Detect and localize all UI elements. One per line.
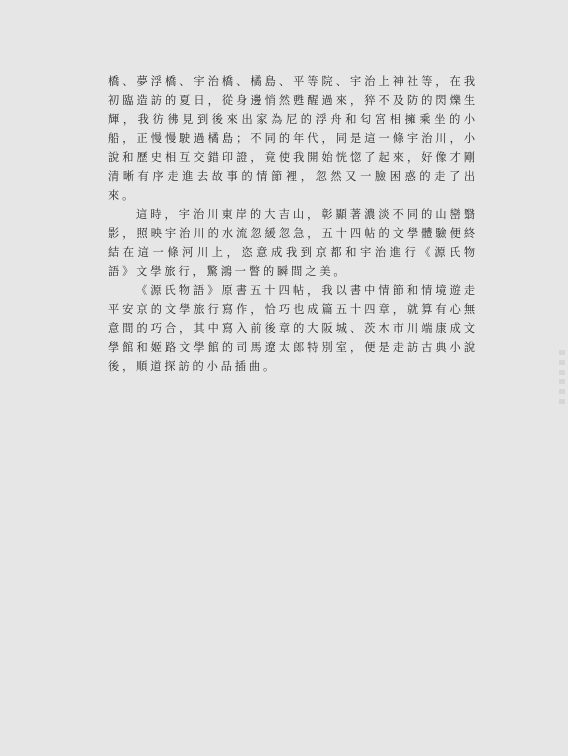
document-page: 橋、夢浮橋、宇治橋、橘島、平等院、宇治上神社等，在我初臨造訪的夏日，從身邊悄然甦…	[0, 0, 568, 756]
watermark-glyph	[559, 399, 565, 404]
watermark-glyph	[559, 389, 565, 394]
watermark-glyph	[559, 360, 565, 365]
paragraph-1: 橋、夢浮橋、宇治橋、橘島、平等院、宇治上神社等，在我初臨造訪的夏日，從身邊悄然甦…	[108, 72, 478, 205]
watermark-glyph	[559, 350, 565, 355]
body-text: 橋、夢浮橋、宇治橋、橘島、平等院、宇治上神社等，在我初臨造訪的夏日，從身邊悄然甦…	[108, 72, 478, 376]
paragraph-3: 《源氏物語》原書五十四帖，我以書中情節和情境遊走平安京的文學旅行寫作，恰巧也成篇…	[108, 281, 478, 376]
vertical-watermark	[559, 350, 565, 404]
watermark-glyph	[559, 370, 565, 375]
watermark-glyph	[559, 379, 565, 384]
paragraph-2: 這時，宇治川東岸的大吉山，彰顯著濃淡不同的山巒翳影，照映宇治川的水流忽緩忽急，五…	[108, 205, 478, 281]
